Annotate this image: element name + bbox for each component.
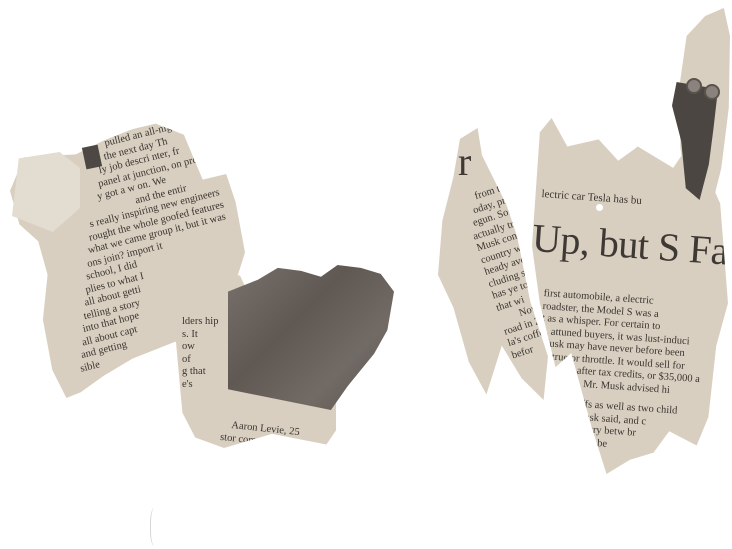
photo-fragment-image bbox=[228, 262, 394, 410]
goggles-icon bbox=[686, 78, 702, 94]
headline-letter: r bbox=[458, 138, 471, 185]
headline: Up, but S Fa bbox=[532, 214, 728, 275]
goggles-icon bbox=[704, 84, 720, 100]
right-fragment-left-strip: r from the oday, proc egun. Some c actua… bbox=[438, 128, 548, 400]
tear-hole bbox=[596, 204, 603, 211]
paper-fiber bbox=[150, 508, 161, 546]
